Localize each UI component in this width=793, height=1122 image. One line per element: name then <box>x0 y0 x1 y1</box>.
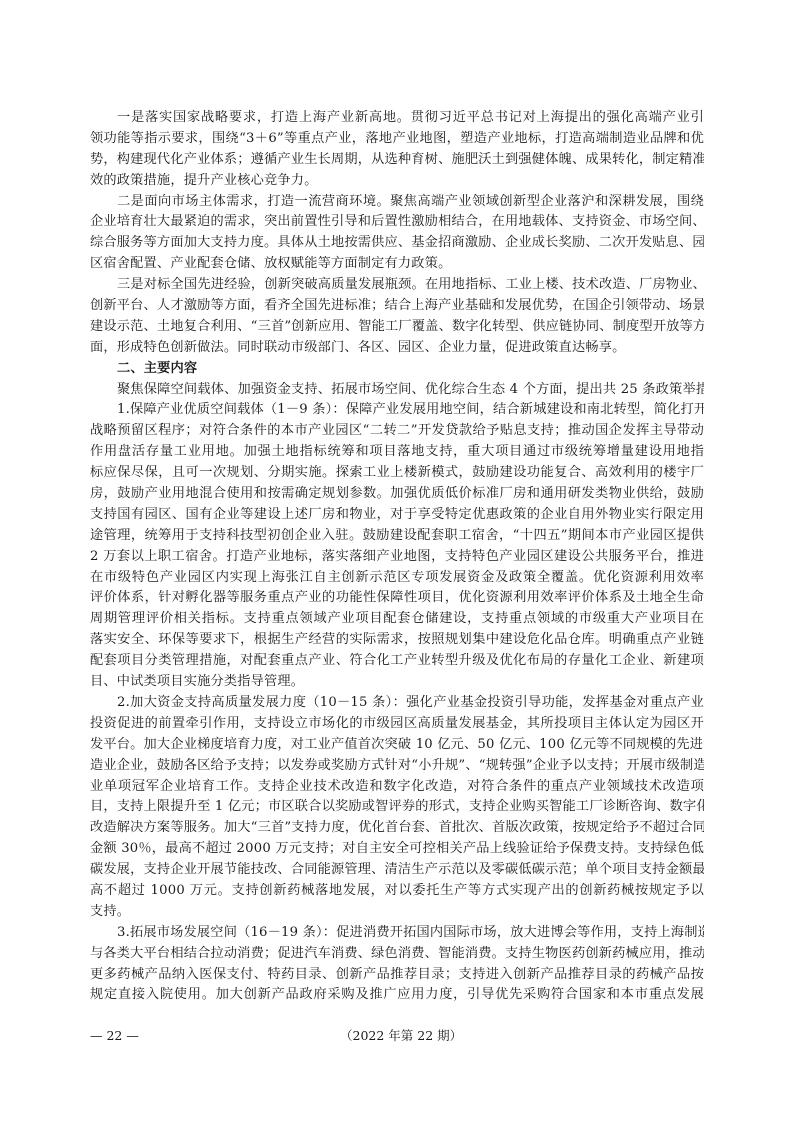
text-line: 规定直接入院使用。加大创新产品政府采购及推广应用力度，引导优先采购符合国家和本市… <box>90 985 704 1006</box>
text-line: 业单项冠军企业培育工作。支持企业技术改造和数字化改造，对符合条件的重点产业领域技… <box>90 777 704 798</box>
text-line: 企业培育壮大最紧迫的需求，突出前置性引导和后置性激励相结合，在用地载体、支持资金… <box>90 212 704 233</box>
text-line: 投资促进的前置牵引作用，支持设立市场化的市级园区高质量发展基金，其所投项目主体认… <box>90 714 704 735</box>
text-line: 高不超过 1000 万元。支持创新药械落地发展，对以委托生产等方式实现产出的创新… <box>90 881 704 902</box>
text-line: 1.保障产业优质空间载体（1－9 条）：保障产业发展用地空间，结合新城建设和南北… <box>90 400 704 421</box>
text-line: 3.拓展市场发展空间（16－19 条）：促进消费开拓国内国际市场，放大进博会等作… <box>90 923 704 944</box>
text-line: 聚焦保障空间载体、加强资金支持、拓展市场空间、优化综合生态 4 个方面，提出共 … <box>90 380 704 401</box>
text-line: 三是对标全国先进经验，创新突破高质量发展瓶颈。在用地指标、工业上楼、技术改造、厂… <box>90 275 704 296</box>
text-line: 目、中试类项目实施分类指导管理。 <box>90 672 704 693</box>
issue-label: （2022 年第 22 期） <box>340 1025 462 1047</box>
document-body: 一是落实国家战略要求，打造上海产业新高地。贯彻习近平总书记对上海提出的强化高端产… <box>90 108 704 1006</box>
text-line: 2 万套以上职工宿舍。打造产业地标，落实落细产业地图，支持特色产业园区建设公共服… <box>90 547 704 568</box>
text-line: 碳发展，支持企业开展节能技改、合同能源管理、清洁生产示范以及零碳低碳示范；单个项… <box>90 860 704 881</box>
page-number: — 22 — <box>90 1025 139 1047</box>
text-line: 周期管理评价相关指标。支持重点领域产业项目配套仓储建设，支持重点领域的市级重大产… <box>90 609 704 630</box>
text-line: 落实安全、环保等要求下，根据生产经营的实际需求，按照规划集中建设危化品仓库。明确… <box>90 630 704 651</box>
text-line: 效的政策措施，提升产业核心竞争力。 <box>90 171 704 192</box>
text-line: 创新平台、人才激励等方面，看齐全国先进标准；结合上海产业基础和发展优势，在国企引… <box>90 296 704 317</box>
text-line: 2.加大资金支持高质量发展力度（10－15 条）：强化产业基金投资引导功能，发挥… <box>90 693 704 714</box>
text-line: 领功能等指示要求，围绕“3＋6”等重点产业，落地产业地图，塑造产业地标，打造高端… <box>90 129 704 150</box>
text-line: 金额 30％，最高不超过 2000 万元支持；对自主安全可控相关产品上线验证给予… <box>90 839 704 860</box>
text-line: 在市级特色产业园区内实现上海张江自主创新示范区专项发展资金及政策全覆盖。优化资源… <box>90 568 704 589</box>
text-line: 造业企业，鼓励各区给予支持；以发券或奖励方式针对“小升规”、“规转强”企业予以支… <box>90 756 704 777</box>
text-line: 配套项目分类管理措施，对配套重点产业、符合化工产业转型升级及优化布局的存量化工企… <box>90 651 704 672</box>
text-line: 标应保尽保，且可一次规划、分期实施。探索工业上楼新模式，鼓励建设功能复合、高效利… <box>90 463 704 484</box>
text-line: 目，支持上限提升至 1 亿元；市区联合以奖励或智评券的形式，支持企业购买智能工厂… <box>90 797 704 818</box>
text-line: 与各类大平台相结合拉动消费；促进汽车消费、绿色消费、智能消费。支持生物医药创新药… <box>90 944 704 965</box>
text-line: 区宿舍配置、产业配套仓储、放权赋能等方面制定有力政策。 <box>90 254 704 275</box>
text-line: 途管理，统筹用于支持科技型初创企业入驻。鼓励建设配套职工宿舍，“十四五”期间本市… <box>90 526 704 547</box>
text-line: 支持国有园区、国有企业等建设上述厂房和物业，对于享受特定优惠政策的企业自用外物业… <box>90 505 704 526</box>
text-line: 一是落实国家战略要求，打造上海产业新高地。贯彻习近平总书记对上海提出的强化高端产… <box>90 108 704 129</box>
section-heading: 二、主要内容 <box>90 359 704 380</box>
text-line: 发平台。加大企业梯度培育力度，对工业产值首次突破 10 亿元、50 亿元、100… <box>90 735 704 756</box>
text-line: 建设示范、土地复合利用、“三首”创新应用、智能工厂覆盖、数字化转型、供应链协同、… <box>90 317 704 338</box>
text-line: 势，构建现代化产业体系；遵循产业生长周期，从选种育树、施肥沃土到强健体魄、成果转… <box>90 150 704 171</box>
text-line: 面，形成特色创新做法。同时联动市级部门、各区、园区、企业力量，促进政策直达畅享。 <box>90 338 704 359</box>
text-line: 二是面向市场主体需求，打造一流营商环境。聚焦高端产业领域创新型企业落沪和深耕发展… <box>90 192 704 213</box>
text-line: 综合服务等方面加大支持力度。具体从土地按需供应、基金招商激励、企业成长奖励、二次… <box>90 233 704 254</box>
text-line: 支持。 <box>90 902 704 923</box>
text-line: 房，鼓励产业用地混合使用和按需确定规划参数。加强优质低价标准厂房和通用研发类物业… <box>90 484 704 505</box>
text-line: 改造解决方案等服务。加大“三首”支持力度，优化首台套、首批次、首版次政策，按规定… <box>90 818 704 839</box>
page-footer: — 22 — （2022 年第 22 期） <box>90 1025 704 1047</box>
text-line: 战略预留区程序；对符合条件的本市产业园区“二转二”开发贷款给予贴息支持；推动国企… <box>90 421 704 442</box>
text-line: 评价体系，针对孵化器等服务重点产业的功能性保障性项目，优化资源利用效率评价体系及… <box>90 588 704 609</box>
text-line: 作用盘活存量工业用地。加强土地指标统筹和项目落地支持，重大项目通过市级统筹增量建… <box>90 442 704 463</box>
text-line: 更多药械产品纳入医保支付、特药目录、创新产品推荐目录；支持进入创新产品推荐目录的… <box>90 965 704 986</box>
